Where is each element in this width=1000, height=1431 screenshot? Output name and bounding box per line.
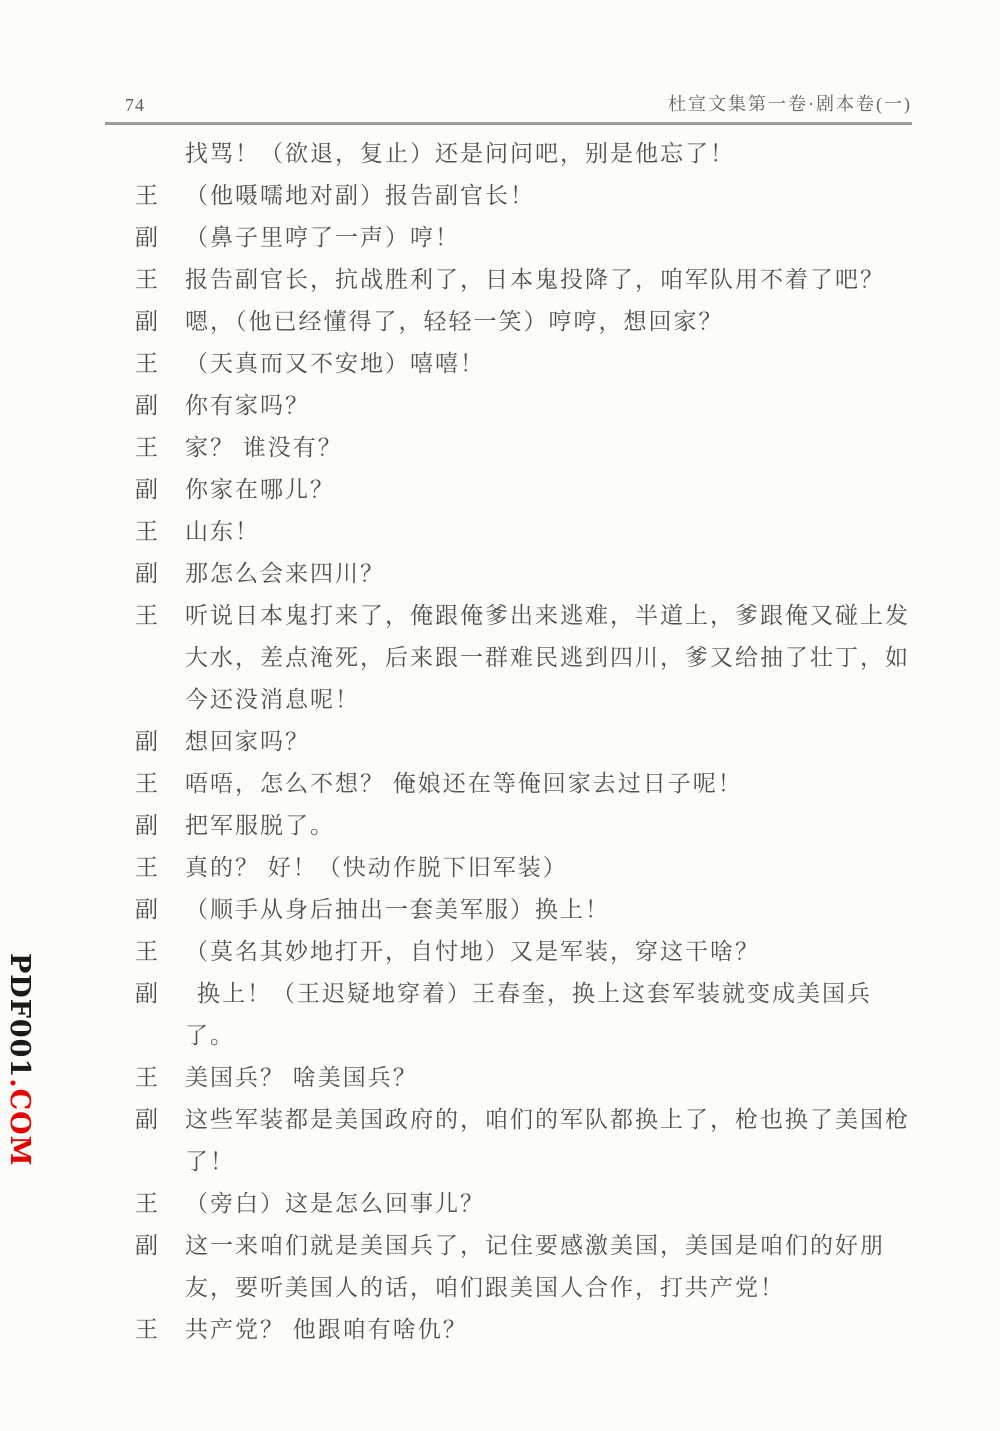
dialogue-row: 王 听说日本鬼打来了，俺跟俺爹出来逃难，半道上，爹跟俺又碰上发大水，差点淹死，后… [135, 595, 912, 721]
dialogue-row: 王 （他嗫嚅地对副）报告副官长！ [135, 175, 912, 217]
dialogue-row: 副 想回家吗？ [135, 721, 912, 763]
speaker-label: 王 [135, 175, 185, 217]
dialogue-row: 王 唔唔，怎么不想？ 俺娘还在等俺回家去过日子呢！ [135, 763, 912, 805]
speaker-label: 王 [135, 259, 185, 301]
speaker-label: 副 [135, 721, 185, 763]
dialogue-row: 王 山东！ [135, 511, 912, 553]
dialogue-row: 副 这一来咱们就是美国兵了，记住要感激美国，美国是咱们的好朋友，要听美国人的话，… [135, 1225, 912, 1309]
running-title: 杜宣文集第一卷·剧本卷(一) [668, 90, 912, 116]
speaker-label: 副 [135, 385, 185, 427]
dialogue-text: （天真而又不安地）嘻嘻！ [185, 343, 912, 385]
watermark: PDF001.COM [4, 953, 35, 1167]
dialogue-text: 这一来咱们就是美国兵了，记住要感激美国，美国是咱们的好朋友，要听美国人的话，咱们… [185, 1225, 912, 1309]
speaker-label: 副 [135, 805, 185, 847]
speaker-label: 王 [135, 511, 185, 553]
dialogue-text: 共产党？ 他跟咱有啥仇？ [185, 1309, 912, 1351]
dialogue-row: 副 这些军装都是美国政府的，咱们的军队都换上了，枪也换了美国枪了！ [135, 1099, 912, 1183]
scanned-book-page: { "colors": { "paper": "#fcfcf9", "body_… [0, 0, 1000, 1431]
speaker-label: 副 [135, 1225, 185, 1267]
dialogue-text: 你有家吗？ [185, 385, 912, 427]
dialogue-row: 副 （顺手从身后抽出一套美军服）换上！ [135, 889, 912, 931]
dialogue-row: 副 （鼻子里哼了一声）哼！ [135, 217, 912, 259]
speaker-label: 王 [135, 1183, 185, 1225]
dialogue-row: 副 把军服脱了。 [135, 805, 912, 847]
dialogue-text: 真的？ 好！（快动作脱下旧军装） [185, 847, 912, 889]
dialogue-row: 王 报告副官长，抗战胜利了，日本鬼投降了，咱军队用不着了吧？ [135, 259, 912, 301]
dialogue-row: 王 （旁白）这是怎么回事儿？ [135, 1183, 912, 1225]
dialogue-row: 副 那怎么会来四川？ [135, 553, 912, 595]
dialogue-text: 找骂！（欲退，复止）还是问问吧，别是他忘了！ [185, 133, 912, 175]
dialogue-text: 这些军装都是美国政府的，咱们的军队都换上了，枪也换了美国枪了！ [185, 1099, 912, 1183]
watermark-site-name: PDF001 [4, 953, 35, 1078]
dialogue-row: 副 换上！（王迟疑地穿着）王春奎，换上这套军装就变成美国兵了。 [135, 973, 912, 1057]
dialogue-text: 家？ 谁没有？ [185, 427, 912, 469]
speaker-label: 副 [135, 973, 185, 1015]
dialogue-text: （顺手从身后抽出一套美军服）换上！ [185, 889, 912, 931]
speaker-label: 副 [135, 1099, 185, 1141]
dialogue-text: 美国兵？ 啥美国兵？ [185, 1057, 912, 1099]
speaker-label: 副 [135, 553, 185, 595]
dialogue-text: （旁白）这是怎么回事儿？ [185, 1183, 912, 1225]
dialogue-row: 副 嗯，（他已经懂得了，轻轻一笑）哼哼，想回家？ [135, 301, 912, 343]
dialogue-row: 王 美国兵？ 啥美国兵？ [135, 1057, 912, 1099]
dialogue-row: 王 家？ 谁没有？ [135, 427, 912, 469]
dialogue-row: 王 真的？ 好！（快动作脱下旧军装） [135, 847, 912, 889]
dialogue-text: 听说日本鬼打来了，俺跟俺爹出来逃难，半道上，爹跟俺又碰上发大水，差点淹死，后来跟… [185, 595, 912, 721]
watermark-site-tld: .COM [4, 1078, 35, 1166]
dialogue-row: 王 （天真而又不安地）嘻嘻！ [135, 343, 912, 385]
speaker-label: 王 [135, 1057, 185, 1099]
dialogue-row: 王 共产党？ 他跟咱有啥仇？ [135, 1309, 912, 1351]
dialogue-row: 副 你有家吗？ [135, 385, 912, 427]
dialogue-text: 你家在哪儿？ [185, 469, 912, 511]
speaker-label: 王 [135, 343, 185, 385]
dialogue-text: 把军服脱了。 [185, 805, 912, 847]
speaker-label: 王 [135, 1309, 185, 1351]
speaker-label: 王 [135, 847, 185, 889]
dialogue-text: （莫名其妙地打开，自忖地）又是军装，穿这干啥？ [185, 931, 912, 973]
dialogue-text: 山东！ [185, 511, 912, 553]
dialogue-list: 找骂！（欲退，复止）还是问问吧，别是他忘了！ 王 （他嗫嚅地对副）报告副官长！ … [135, 133, 912, 1351]
speaker-label: 副 [135, 889, 185, 931]
dialogue-text: 报告副官长，抗战胜利了，日本鬼投降了，咱军队用不着了吧？ [185, 259, 912, 301]
dialogue-text: （他嗫嚅地对副）报告副官长！ [185, 175, 912, 217]
dialogue-row: 王 （莫名其妙地打开，自忖地）又是军装，穿这干啥？ [135, 931, 912, 973]
page-header: 74 杜宣文集第一卷·剧本卷(一) [105, 90, 912, 125]
dialogue-row: 副 你家在哪儿？ [135, 469, 912, 511]
speaker-label: 王 [135, 931, 185, 973]
speaker-label: 副 [135, 217, 185, 259]
dialogue-text: 嗯，（他已经懂得了，轻轻一笑）哼哼，想回家？ [185, 301, 912, 343]
dialogue-text: （鼻子里哼了一声）哼！ [185, 217, 912, 259]
page-number: 74 [105, 95, 145, 116]
speaker-label: 王 [135, 427, 185, 469]
dialogue-text: 换上！（王迟疑地穿着）王春奎，换上这套军装就变成美国兵了。 [185, 973, 912, 1057]
speaker-label: 王 [135, 595, 185, 637]
speaker-label: 王 [135, 763, 185, 805]
dialogue-text: 想回家吗？ [185, 721, 912, 763]
speaker-label: 副 [135, 469, 185, 511]
speaker-label: 副 [135, 301, 185, 343]
dialogue-text: 唔唔，怎么不想？ 俺娘还在等俺回家去过日子呢！ [185, 763, 912, 805]
dialogue-row: 找骂！（欲退，复止）还是问问吧，别是他忘了！ [135, 133, 912, 175]
dialogue-text: 那怎么会来四川？ [185, 553, 912, 595]
